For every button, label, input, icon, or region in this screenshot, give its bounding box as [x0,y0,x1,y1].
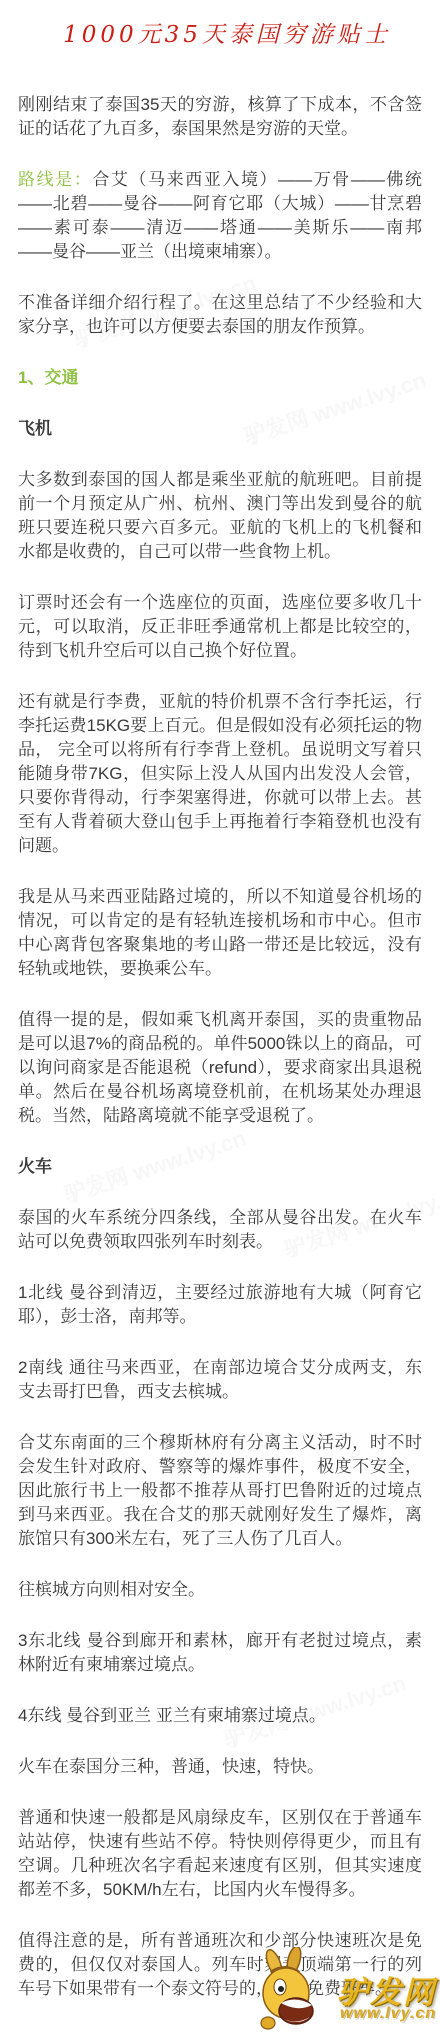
train-paragraph: 泰国的火车系统分四条线，全部从曼谷出发。在火车站可以免费领取四张列车时刻表。 [18,1206,422,1254]
subheading-plane: 飞机 [18,417,422,441]
site-watermark: 驴发网 www.lvy.cn [258,1933,438,2038]
plane-paragraph: 还有就是行李费，亚航的特价机票不含行李托运，行李托运费15KG要上百元。但是假如… [18,690,422,858]
donkey-mascot-icon [256,1947,322,2036]
route-label: 路线是： [18,170,92,189]
train-paragraph: 合艾东南面的三个穆斯林府有分离主义活动，时不时会发生针对政府、警察等的爆炸事件，… [18,1431,422,1551]
train-paragraph: 火车在泰国分三种，普通，快速，特快。 [18,1755,422,1779]
plane-paragraph: 订票时还会有一个选座位的页面，选座位要多收几十元，可以取消，反正非旺季通常机上都… [18,591,422,663]
train-paragraph: 普通和快速一般都是风扇绿皮车，区别仅在于普通车站站停，快速有些站不停。特快则停得… [18,1806,422,1902]
preface-paragraph: 不准备详细介绍行程了。在这里总结了不少经验和大家分享，也许可以方便要去泰国的朋友… [18,291,422,339]
watermark-site-url: www.lvy.cn [340,2005,436,2023]
subheading-train: 火车 [18,1155,422,1179]
intro-paragraph: 刚刚结束了泰国35天的穷游，核算了下成本，不含签证的话花了九百多，泰国果然是穷游… [18,93,422,141]
train-paragraph: 1北线 曼谷到清迈，主要经过旅游地有大城（阿育它耶），彭士洛，南邦等。 [18,1281,422,1329]
plane-paragraph: 大多数到泰国的国人都是乘坐亚航的航班吧。目前提前一个月预定从广州、杭州、澳门等出… [18,468,422,564]
article-body: 刚刚结束了泰国35天的穷游，核算了下成本，不含签证的话花了九百多，泰国果然是穷游… [0,93,440,2001]
article-page: 驴发网 www.lvy.cn 驴发网 www.lvy.cn 驴发网 www.lv… [0,0,440,2042]
section-heading-transport: 1、交通 [18,366,422,390]
train-paragraph: 往槟城方向则相对安全。 [18,1578,422,1602]
train-paragraph: 2南线 通往马来西亚，在南部边境合艾分成两支，东支去哥打巴鲁，西支去槟城。 [18,1356,422,1404]
train-paragraph: 4东线 曼谷到亚兰 亚兰有柬埔寨过境点。 [18,1704,422,1728]
page-title: 1000元35天泰国穷游贴士 [24,16,430,49]
train-paragraph: 3东北线 曼谷到廊开和素林，廊开有老挝过境点，素林附近有柬埔寨过境点。 [18,1629,422,1677]
plane-paragraph: 我是从马来西亚陆路过境的，所以不知道曼谷机场的情况，可以肯定的是有轻轨连接机场和… [18,885,422,981]
plane-paragraph: 值得一提的是，假如乘飞机离开泰国，买的贵重物品是可以退7%的商品税的。单件500… [18,1008,422,1128]
route-paragraph: 路线是：合艾（马来西亚入境）——万骨——佛统——北碧——曼谷——阿育它耶（大城）… [18,168,422,264]
